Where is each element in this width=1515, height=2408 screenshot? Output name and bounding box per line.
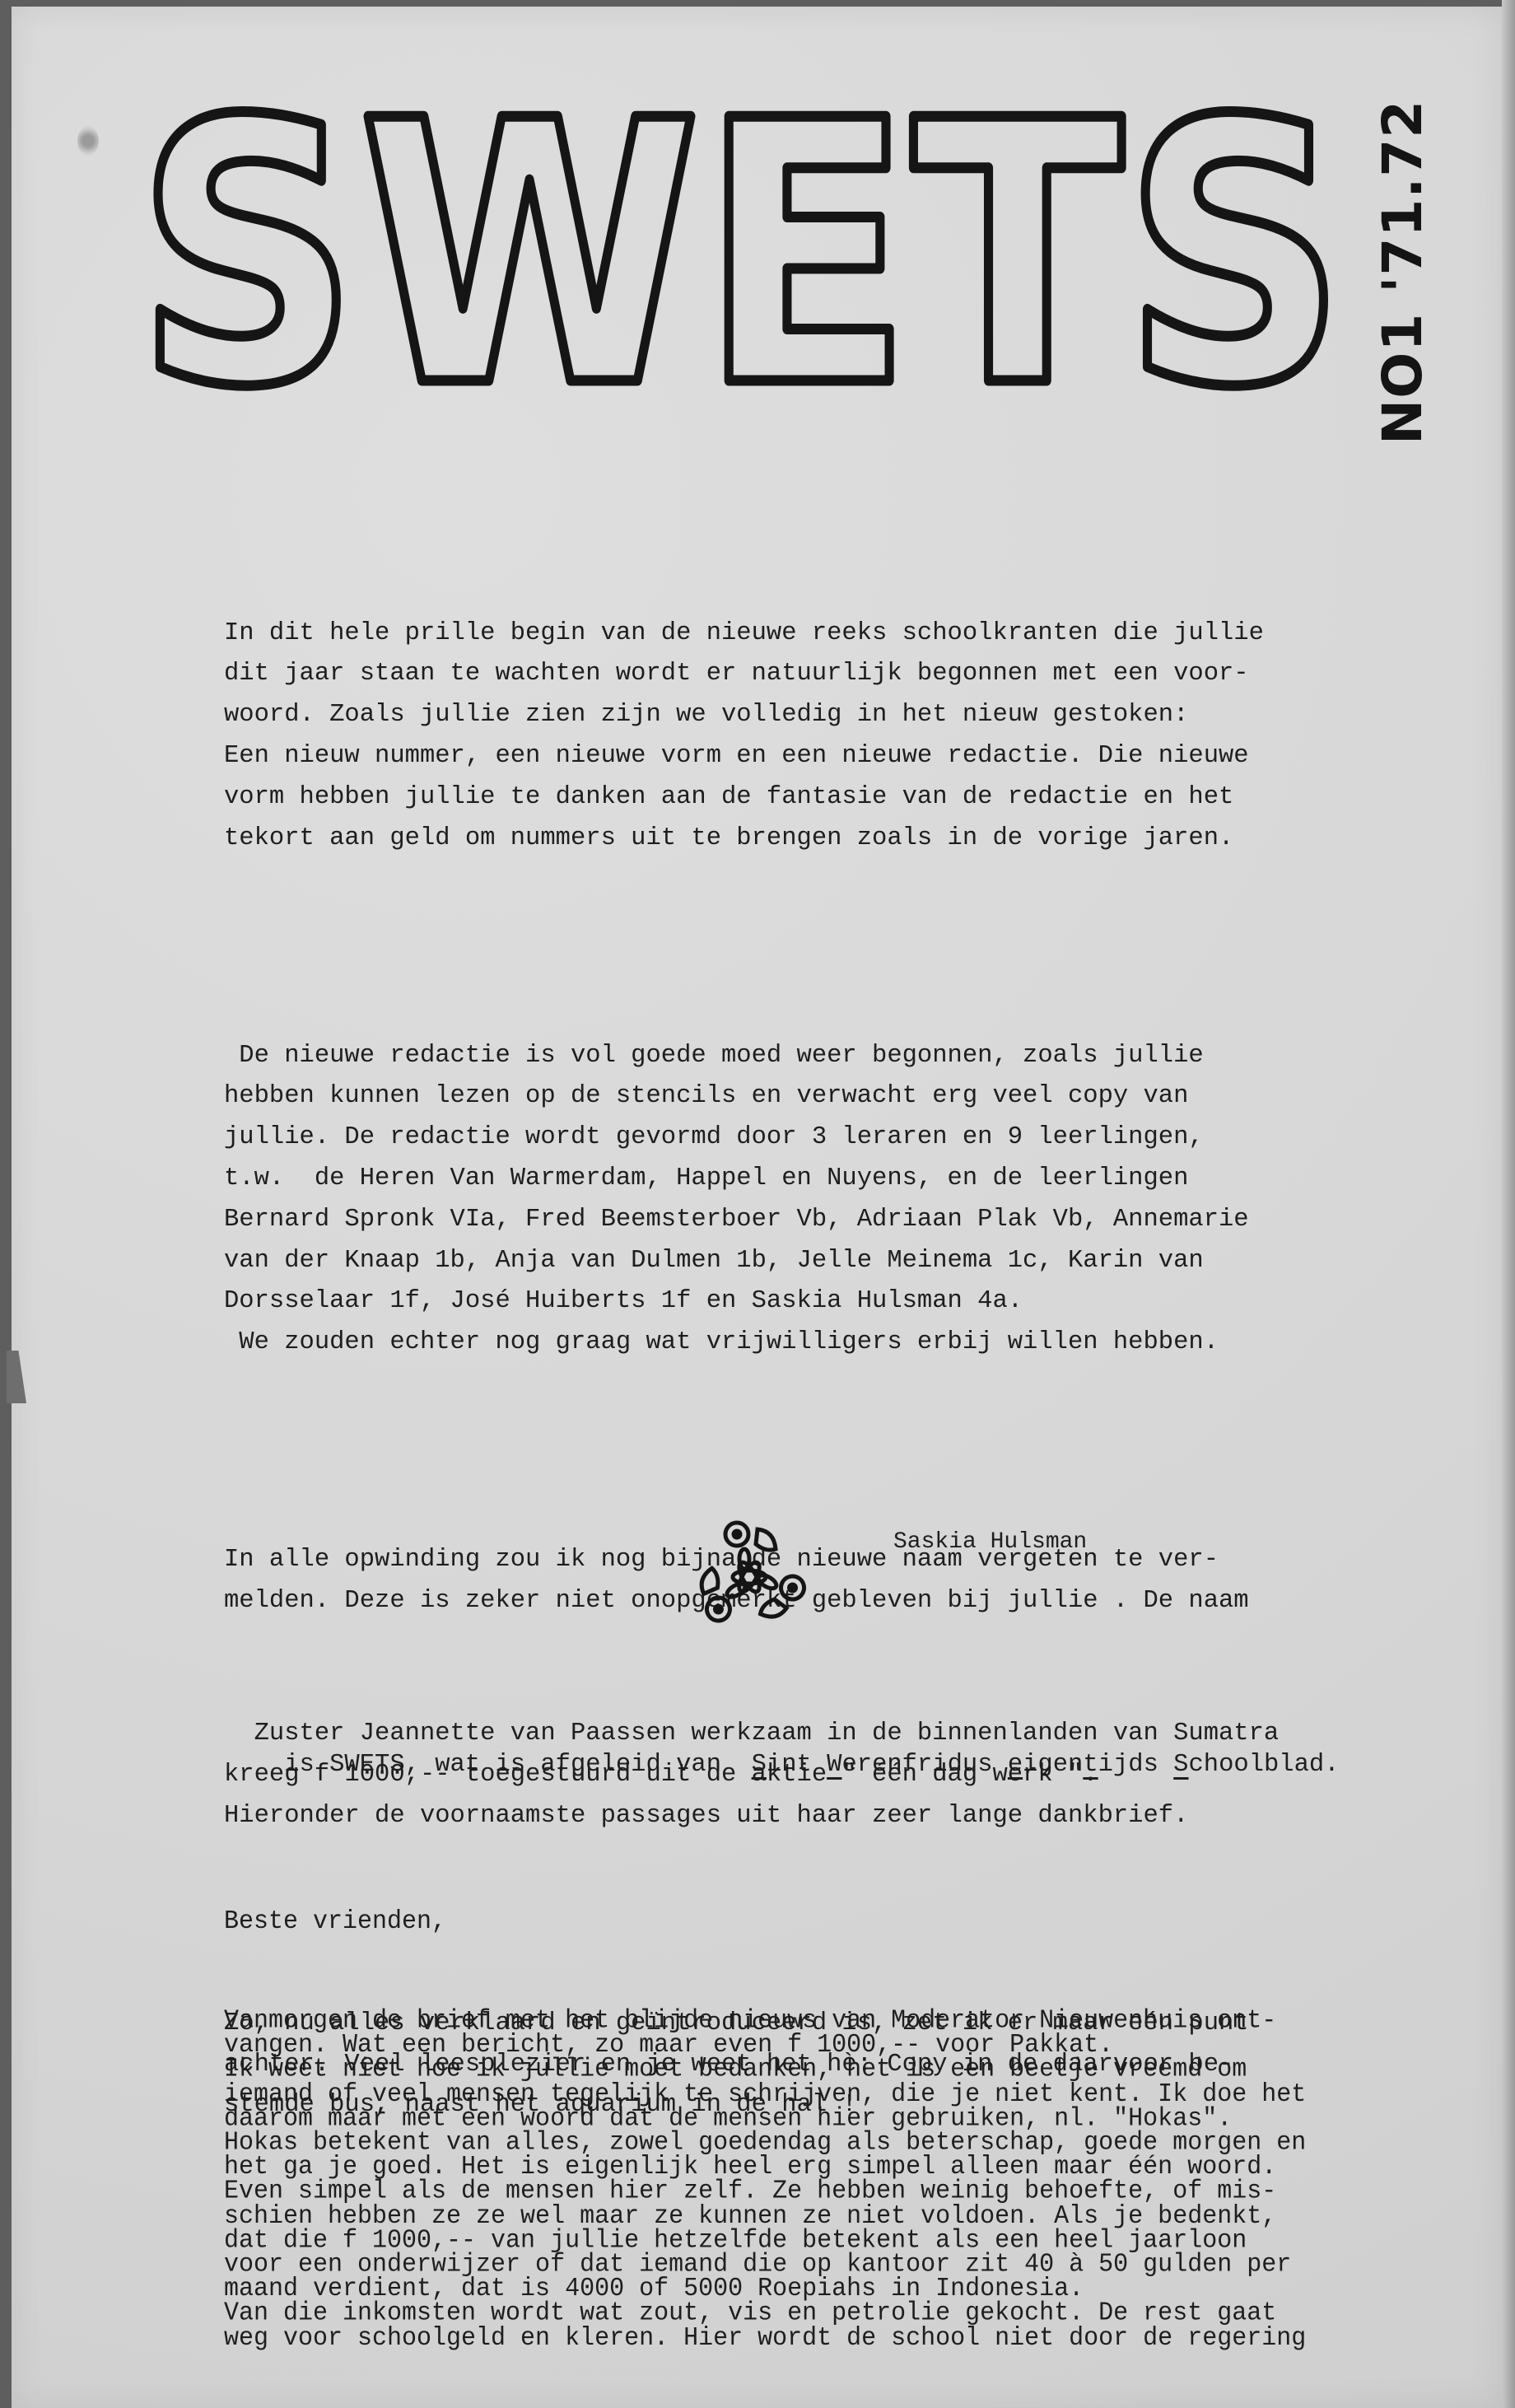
text-line: We zouden echter nog graag wat vrijwilli… — [224, 1323, 1340, 1364]
signature: Saskia Hulsman — [893, 1529, 1087, 1555]
article-intro: Zuster Jeannette van Paassen werkzaam in… — [224, 1713, 1279, 1836]
text-line: hebben kunnen lezen op de stencils en ve… — [224, 1076, 1340, 1118]
text-line: t.w. de Heren Van Warmerdam, Happel en N… — [224, 1159, 1340, 1200]
masthead-title: SWETS — [124, 82, 1359, 420]
letter-line: Van die inkomsten wordt wat zout, vis en… — [224, 2302, 1306, 2326]
punch-hole-mark — [77, 126, 99, 156]
letter-line: het ga je goed. Het is eigenlijk heel er… — [224, 2155, 1306, 2180]
text-line: vorm hebben jullie te danken aan de fant… — [224, 777, 1340, 819]
text-line: In dit hele prille begin van de nieuwe r… — [224, 614, 1340, 655]
text-line: van der Knaap 1b, Anja van Dulmen 1b, Je… — [224, 1241, 1340, 1282]
letter-line: schien hebben ze ze wel maar ze kunnen z… — [224, 2204, 1306, 2228]
editorial-paragraph-redactie: De nieuwe redactie is vol goede moed wee… — [224, 1036, 1340, 1364]
letter-line: daarom maar met een woord dat de mensen … — [224, 2107, 1306, 2131]
text-line: woord. Zoals jullie zien zijn we volledi… — [224, 695, 1340, 736]
page-edge — [1502, 0, 1515, 2408]
letter-line: iemand of veel mensen tegelijk te schrij… — [224, 2082, 1306, 2107]
text-line: Hieronder de voornaamste passages uit ha… — [224, 1795, 1279, 1836]
letter-line: maand verdient, dat is 4000 of 5000 Roep… — [224, 2277, 1306, 2302]
text-line: jullie. De redactie wordt gevormd door 3… — [224, 1118, 1340, 1159]
text-line: Dorsselaar 1f, José Huiberts 1f en Saski… — [224, 1281, 1340, 1323]
text-line: tekort aan geld om nummers uit te brenge… — [224, 819, 1340, 860]
letter-line: Hokas betekent van alles, zowel goedenda… — [224, 2131, 1306, 2156]
text-line: Bernard Spronk VIa, Fred Beemsterboer Vb… — [224, 1200, 1340, 1241]
floral-ornament-icon — [692, 1519, 807, 1635]
letter-line: Vanmorgen de brief met het blijde nieuws… — [224, 2009, 1306, 2034]
letter-line: Even simpel als de mensen hier zelf. Ze … — [224, 2180, 1306, 2205]
text-line: kreeg f 1000,-- toegestuurd uit de aktie… — [224, 1754, 1279, 1795]
letter-salutation: Beste vrienden, — [224, 1910, 1306, 1934]
text-line: dit jaar staan te wachten wordt er natuu… — [224, 654, 1340, 695]
text-line: De nieuwe redactie is vol goede moed wee… — [224, 1036, 1340, 1077]
letter-body: Beste vrienden, Vanmorgen de brief met h… — [224, 1861, 1306, 2375]
masthead-text: SWETS — [136, 82, 1346, 420]
letter-line: voor een onderwijzer of dat iemand die o… — [224, 2253, 1306, 2278]
letter-line: weg voor schoolgeld en kleren. Hier word… — [224, 2326, 1306, 2351]
letter-line: Ik weet niet hoe ik jullie moet bedanken… — [224, 2058, 1306, 2083]
letter-line: dat die f 1000,-- van jullie hetzelfde b… — [224, 2228, 1306, 2253]
letter-line: vangen. Wat een bericht, zo maar even f … — [224, 2033, 1306, 2058]
editorial-paragraph-intro: In dit hele prille begin van de nieuwe r… — [224, 614, 1340, 860]
issue-label: NO1 '71.72 — [1371, 100, 1434, 445]
text-line: Zuster Jeannette van Paassen werkzaam in… — [224, 1713, 1279, 1754]
letter-lines: Vanmorgen de brief met het blijde nieuws… — [224, 2009, 1306, 2351]
text-line: Een nieuw nummer, een nieuwe vorm en een… — [224, 736, 1340, 777]
